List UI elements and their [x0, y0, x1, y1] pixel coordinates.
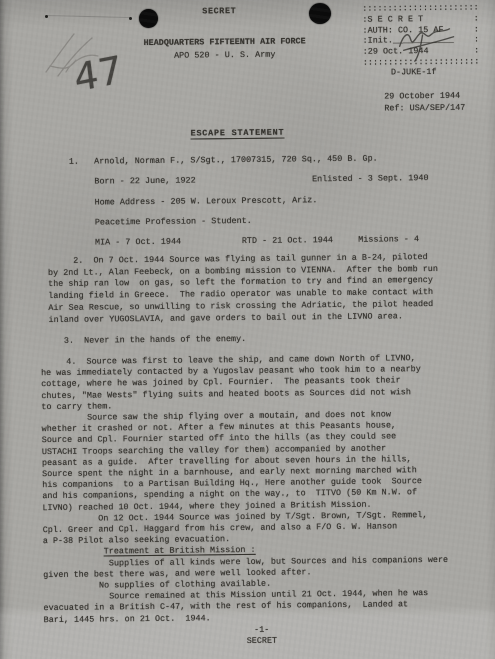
- classification-top: SECRET: [202, 6, 236, 16]
- paragraph-4: 4. Source was first to leave the ship, a…: [41, 353, 449, 626]
- footer-page-number: -1-: [222, 624, 302, 636]
- stamp-code: D-JUKE-1f: [391, 67, 437, 77]
- paragraph-3: 3. Never in the hands of the enemy.: [49, 334, 247, 346]
- identification-block: 1. Arnold, Norman F., S/Sgt., 17007315, …: [69, 148, 430, 253]
- paragraph-2: 2. On 7 Oct. 1944 Source was flying as t…: [48, 252, 439, 326]
- document-title: ESCAPE STATEMENT: [191, 128, 285, 139]
- org-name: HEADQUARTERS FIFTEENTH AIR FORCE: [122, 35, 328, 50]
- document-ref: Ref: USA/SEP/147: [384, 102, 465, 115]
- classification-bottom: SECRET: [222, 635, 302, 647]
- org-header: HEADQUARTERS FIFTEENTH AIR FORCE APO 520…: [122, 35, 328, 63]
- document-date: 29 October 1944: [384, 90, 465, 103]
- text-line: Born - 22 June, 1922 Enlisted - 3 Sept. …: [69, 168, 429, 192]
- page-footer: -1- SECRET: [222, 624, 302, 647]
- org-apo: APO 520 - U. S. Army: [122, 48, 328, 63]
- handwritten-initials-signature: [391, 22, 471, 65]
- date-ref-block: 29 October 1944 Ref: USA/SEP/147: [384, 90, 465, 115]
- text-line: MIA - 7 Oct. 1944 RTD - 21 Oct. 1944 Mis…: [70, 229, 430, 253]
- typed-content: SECRET HEADQUARTERS FIFTEENTH AIR FORCE …: [0, 0, 495, 659]
- scanned-document-page: 47 SECRET HEADQUARTERS FIFTEENTH AIR FOR…: [0, 0, 495, 659]
